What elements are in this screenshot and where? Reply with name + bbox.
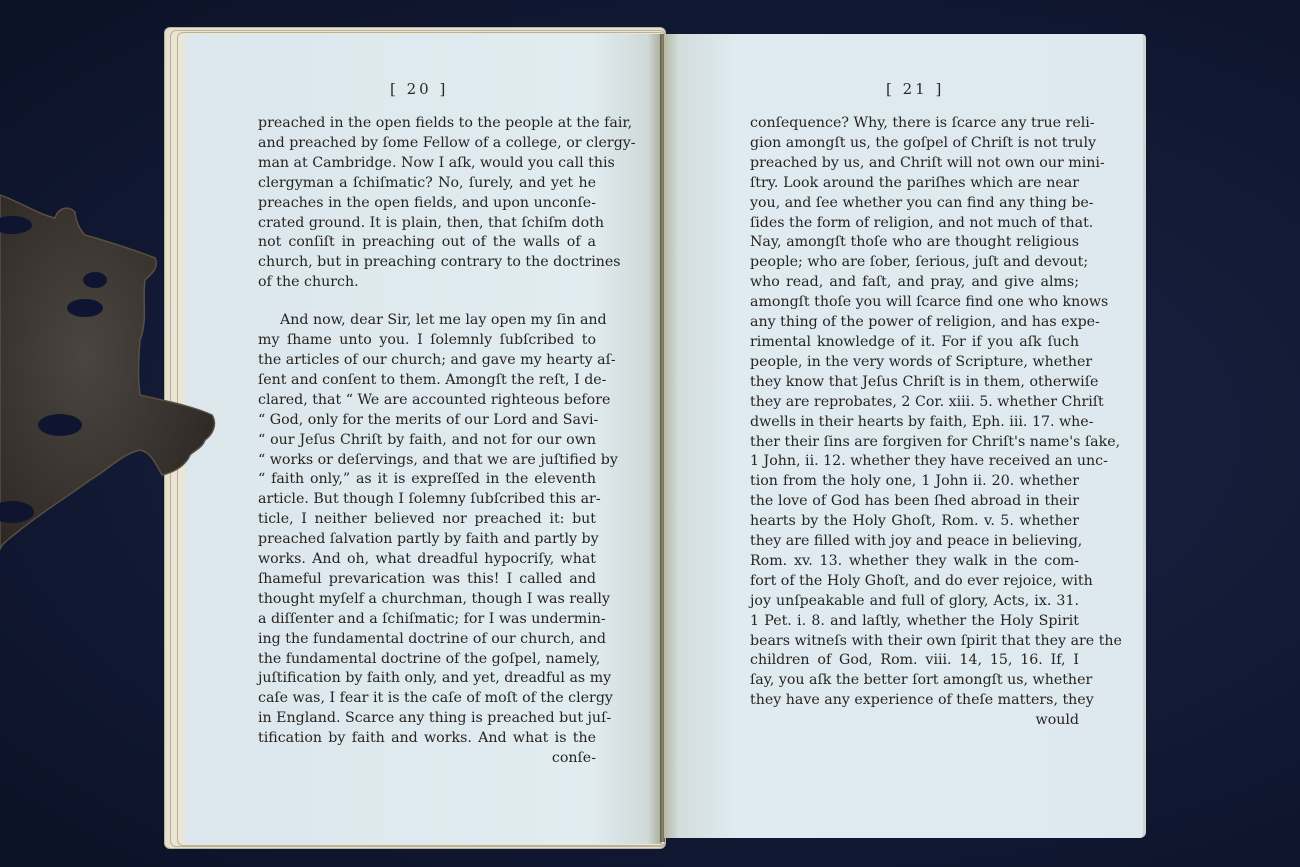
- text-line: who read, and faſt, and pray, and give a…: [750, 273, 1079, 293]
- text-line: ſides the form of religion, and not much…: [750, 214, 1079, 234]
- left-page: [ 20 ] preached in the open fields to th…: [185, 34, 662, 844]
- text-line: Nay, amongſt thoſe who are thought relig…: [750, 233, 1079, 253]
- text-line: the love of God has been ſhed abroad in …: [750, 492, 1079, 512]
- text-line: amongſt thoſe you will ſcarce find one w…: [750, 293, 1079, 313]
- text-line: not conſiſt in preaching out of the wall…: [258, 233, 596, 253]
- text-line: “ faith only,” as it is expreſſed in the…: [258, 470, 596, 490]
- right-page: [ 21 ] conſequence? Why, there is ſcarce…: [664, 34, 1146, 838]
- text-line: “ God, only for the merits of our Lord a…: [258, 411, 596, 431]
- text-line: any thing of the power of religion, and …: [750, 313, 1079, 333]
- text-line: ſent and conſent to them. Amongſt the re…: [258, 371, 596, 391]
- text-line: “ our Jeſus Chriſt by faith, and not for…: [258, 431, 596, 451]
- text-line: article. But though I ſolemny ſubſcribed…: [258, 490, 596, 510]
- text-line: ther their ſins are forgiven for Chriſt'…: [750, 433, 1079, 453]
- page-number: [ 20 ]: [390, 80, 448, 98]
- text-line: juſtification by faith only, and yet, dr…: [258, 669, 596, 689]
- text-line: works. And oh, what dreadful hypocriſy, …: [258, 550, 596, 570]
- text-line: of the church.: [258, 273, 596, 293]
- text-line: church, but in preaching contrary to the…: [258, 253, 596, 273]
- text-line: conſequence? Why, there is ſcarce any tr…: [750, 114, 1079, 134]
- text-line: rimental knowledge of it. For if you aſk…: [750, 333, 1079, 353]
- text-line: people; who are ſober, ſerious, juſt and…: [750, 253, 1079, 273]
- text-line: they know that Jeſus Chriſt is in them, …: [750, 373, 1079, 393]
- right-page-lines: conſequence? Why, there is ſcarce any tr…: [750, 114, 1079, 711]
- catchword: would: [750, 711, 1079, 731]
- text-line: in England. Scarce any thing is preached…: [258, 709, 596, 729]
- text-line: people, in the very words of Scripture, …: [750, 353, 1079, 373]
- page-number: [ 21 ]: [886, 80, 944, 98]
- text-line: thought myſelf a churchman, though I was…: [258, 590, 596, 610]
- text-line: they are filled with joy and peace in be…: [750, 532, 1079, 552]
- right-page-text: conſequence? Why, there is ſcarce any tr…: [750, 114, 1079, 731]
- text-line: preached by us, and Chriſt will not own …: [750, 154, 1079, 174]
- catchword: conſe-: [258, 749, 596, 769]
- text-line: you, and ſee whether you can find any th…: [750, 194, 1079, 214]
- text-line: they are reprobates, 2 Cor. xiii. 5. whe…: [750, 393, 1079, 413]
- text-line: Rom. xv. 13. whether they walk in the co…: [750, 552, 1079, 572]
- text-line: ſhameful prevarication was this! I calle…: [258, 570, 596, 590]
- paragraph-1: preached in the open fields to the peopl…: [258, 114, 596, 293]
- text-line: tification by faith and works. And what …: [258, 729, 596, 749]
- text-line: ſay, you aſk the better ſort amongſt us,…: [750, 671, 1079, 691]
- text-line: and preached by ſome Fellow of a college…: [258, 134, 596, 154]
- text-line: And now, dear Sir, let me lay open my ſi…: [258, 311, 596, 331]
- text-line: 1 Pet. i. 8. and laſtly, whether the Hol…: [750, 612, 1079, 632]
- left-page-text: preached in the open fields to the peopl…: [258, 114, 596, 769]
- text-line: ing the fundamental doctrine of our chur…: [258, 630, 596, 650]
- text-line: bears witneſs with their own ſpirit that…: [750, 632, 1079, 652]
- text-line: clergyman a ſchiſmatic? No, ſurely, and …: [258, 174, 596, 194]
- text-line: hearts by the Holy Ghoſt, Rom. v. 5. whe…: [750, 512, 1079, 532]
- text-line: my ſhame unto you. I ſolemnly ſubſcribed…: [258, 331, 596, 351]
- text-line: ticle, I neither believed nor preached i…: [258, 510, 596, 530]
- text-line: ſtry. Look around the pariſhes which are…: [750, 174, 1079, 194]
- text-line: caſe was, I fear it is the caſe of moſt …: [258, 689, 596, 709]
- text-line: dwells in their hearts by faith, Eph. ii…: [750, 413, 1079, 433]
- text-line: gion amongſt us, the goſpel of Chriſt is…: [750, 134, 1079, 154]
- text-line: man at Cambridge. Now I aſk, would you c…: [258, 154, 596, 174]
- text-line: the fundamental doctrine of the goſpel, …: [258, 650, 596, 670]
- text-line: preached ſalvation partly by faith and p…: [258, 530, 596, 550]
- metal-bookmark-icon: [0, 180, 220, 560]
- text-line: preached in the open fields to the peopl…: [258, 114, 596, 134]
- paragraph-2: And now, dear Sir, let me lay open my ſi…: [258, 311, 596, 749]
- text-line: they have any experience of theſe matter…: [750, 691, 1079, 711]
- text-line: “ works or deſervings, and that we are j…: [258, 451, 596, 471]
- text-line: the articles of our church; and gave my …: [258, 351, 596, 371]
- text-line: joy unſpeakable and full of glory, Acts,…: [750, 592, 1079, 612]
- text-line: preaches in the open fields, and upon un…: [258, 194, 596, 214]
- text-line: crated ground. It is plain, then, that ſ…: [258, 214, 596, 234]
- text-line: a diſſenter and a ſchiſmatic; for I was …: [258, 610, 596, 630]
- text-line: clared, that “ We are accounted righteou…: [258, 391, 596, 411]
- text-line: tion from the holy one, 1 John ii. 20. w…: [750, 472, 1079, 492]
- text-line: 1 John, ii. 12. whether they have receiv…: [750, 452, 1079, 472]
- text-line: fort of the Holy Ghoſt, and do ever rejo…: [750, 572, 1079, 592]
- text-line: children of God, Rom. viii. 14, 15, 16. …: [750, 651, 1079, 671]
